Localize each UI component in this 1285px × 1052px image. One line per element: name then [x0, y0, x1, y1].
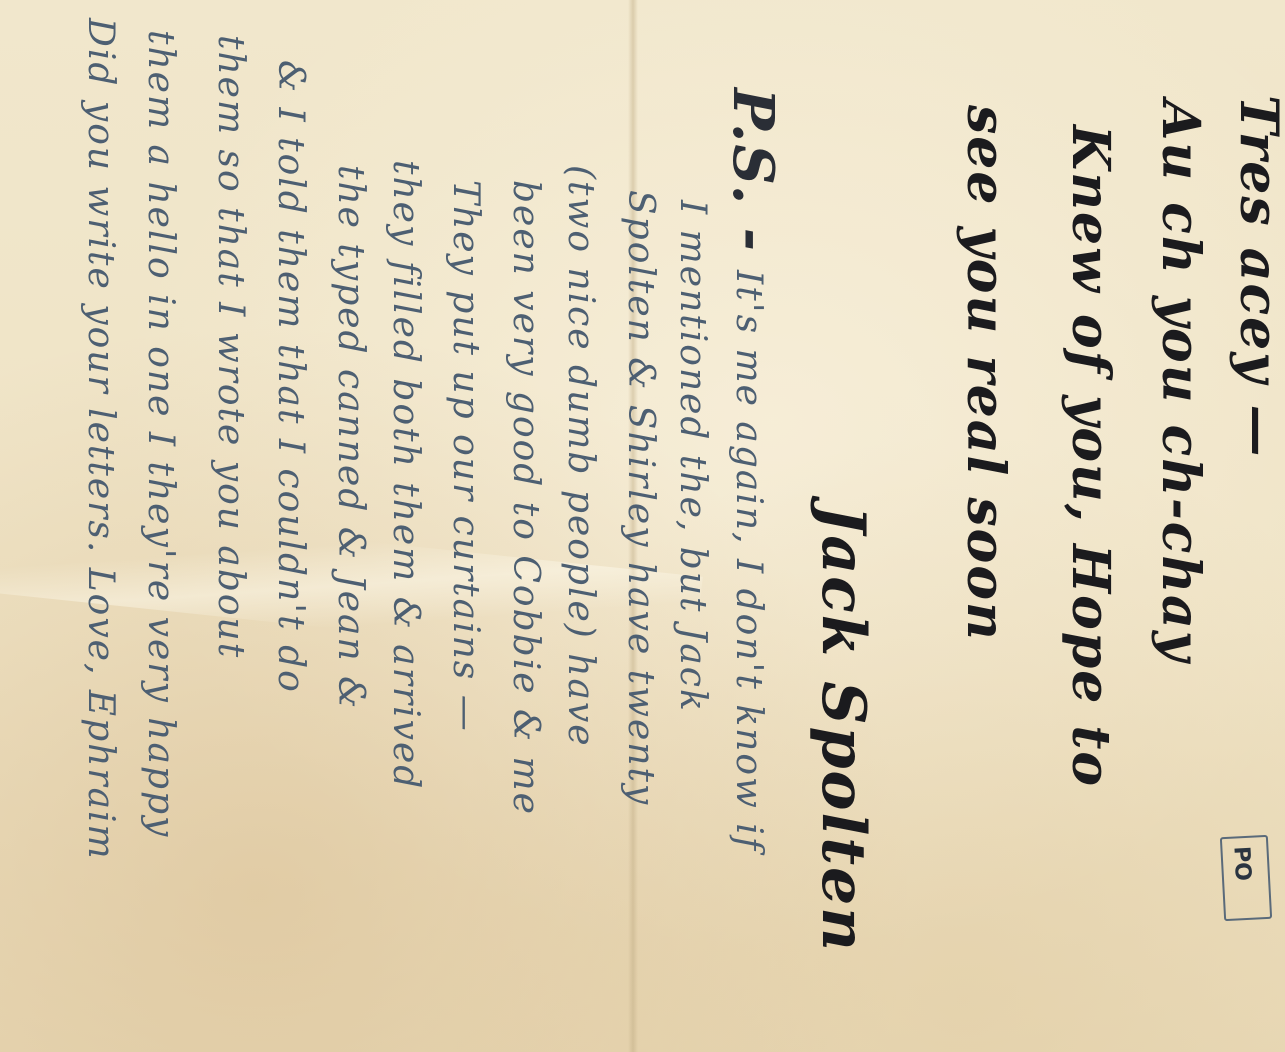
postscript-line-3: Spolten & Shirley have twenty [620, 190, 661, 806]
letter-line-2: Au ch you ch-chay [1150, 100, 1211, 663]
postscript-line-1: It's me again, I don't know if [728, 270, 769, 852]
letter-line-4: see you real soon [955, 105, 1016, 642]
postscript-line-6: They put up our curtains — [445, 180, 486, 733]
signature: Jack Spolten [808, 505, 878, 953]
page-marker-box: PO [1220, 835, 1272, 921]
postscript-line-8: the typed canned & Jean & [330, 165, 371, 710]
postscript-line-4: (two nice dumb people) have [560, 165, 601, 748]
letter-line-3: Knew of you, Hope to [1060, 125, 1121, 788]
postscript-line-10: them so that I wrote you about [210, 35, 251, 659]
postscript-line-2: I mentioned the, but Jack [672, 200, 713, 713]
postscript-line-5: been very good to Cobbie & me [505, 180, 546, 816]
page-marker: PO [1228, 846, 1255, 882]
postscript-line-9: & I told them that I couldn't do [270, 60, 311, 694]
postscript-line-7: they filled both them & arrived [385, 160, 426, 790]
postscript-line-12: Did you write your letters. Love, Ephrai… [80, 18, 121, 861]
letter-line-1: Tres acey — [1228, 95, 1285, 459]
postscript-line-11: them a hello in one I they're very happy [140, 30, 181, 838]
postscript-label: P.S. - [720, 88, 786, 253]
